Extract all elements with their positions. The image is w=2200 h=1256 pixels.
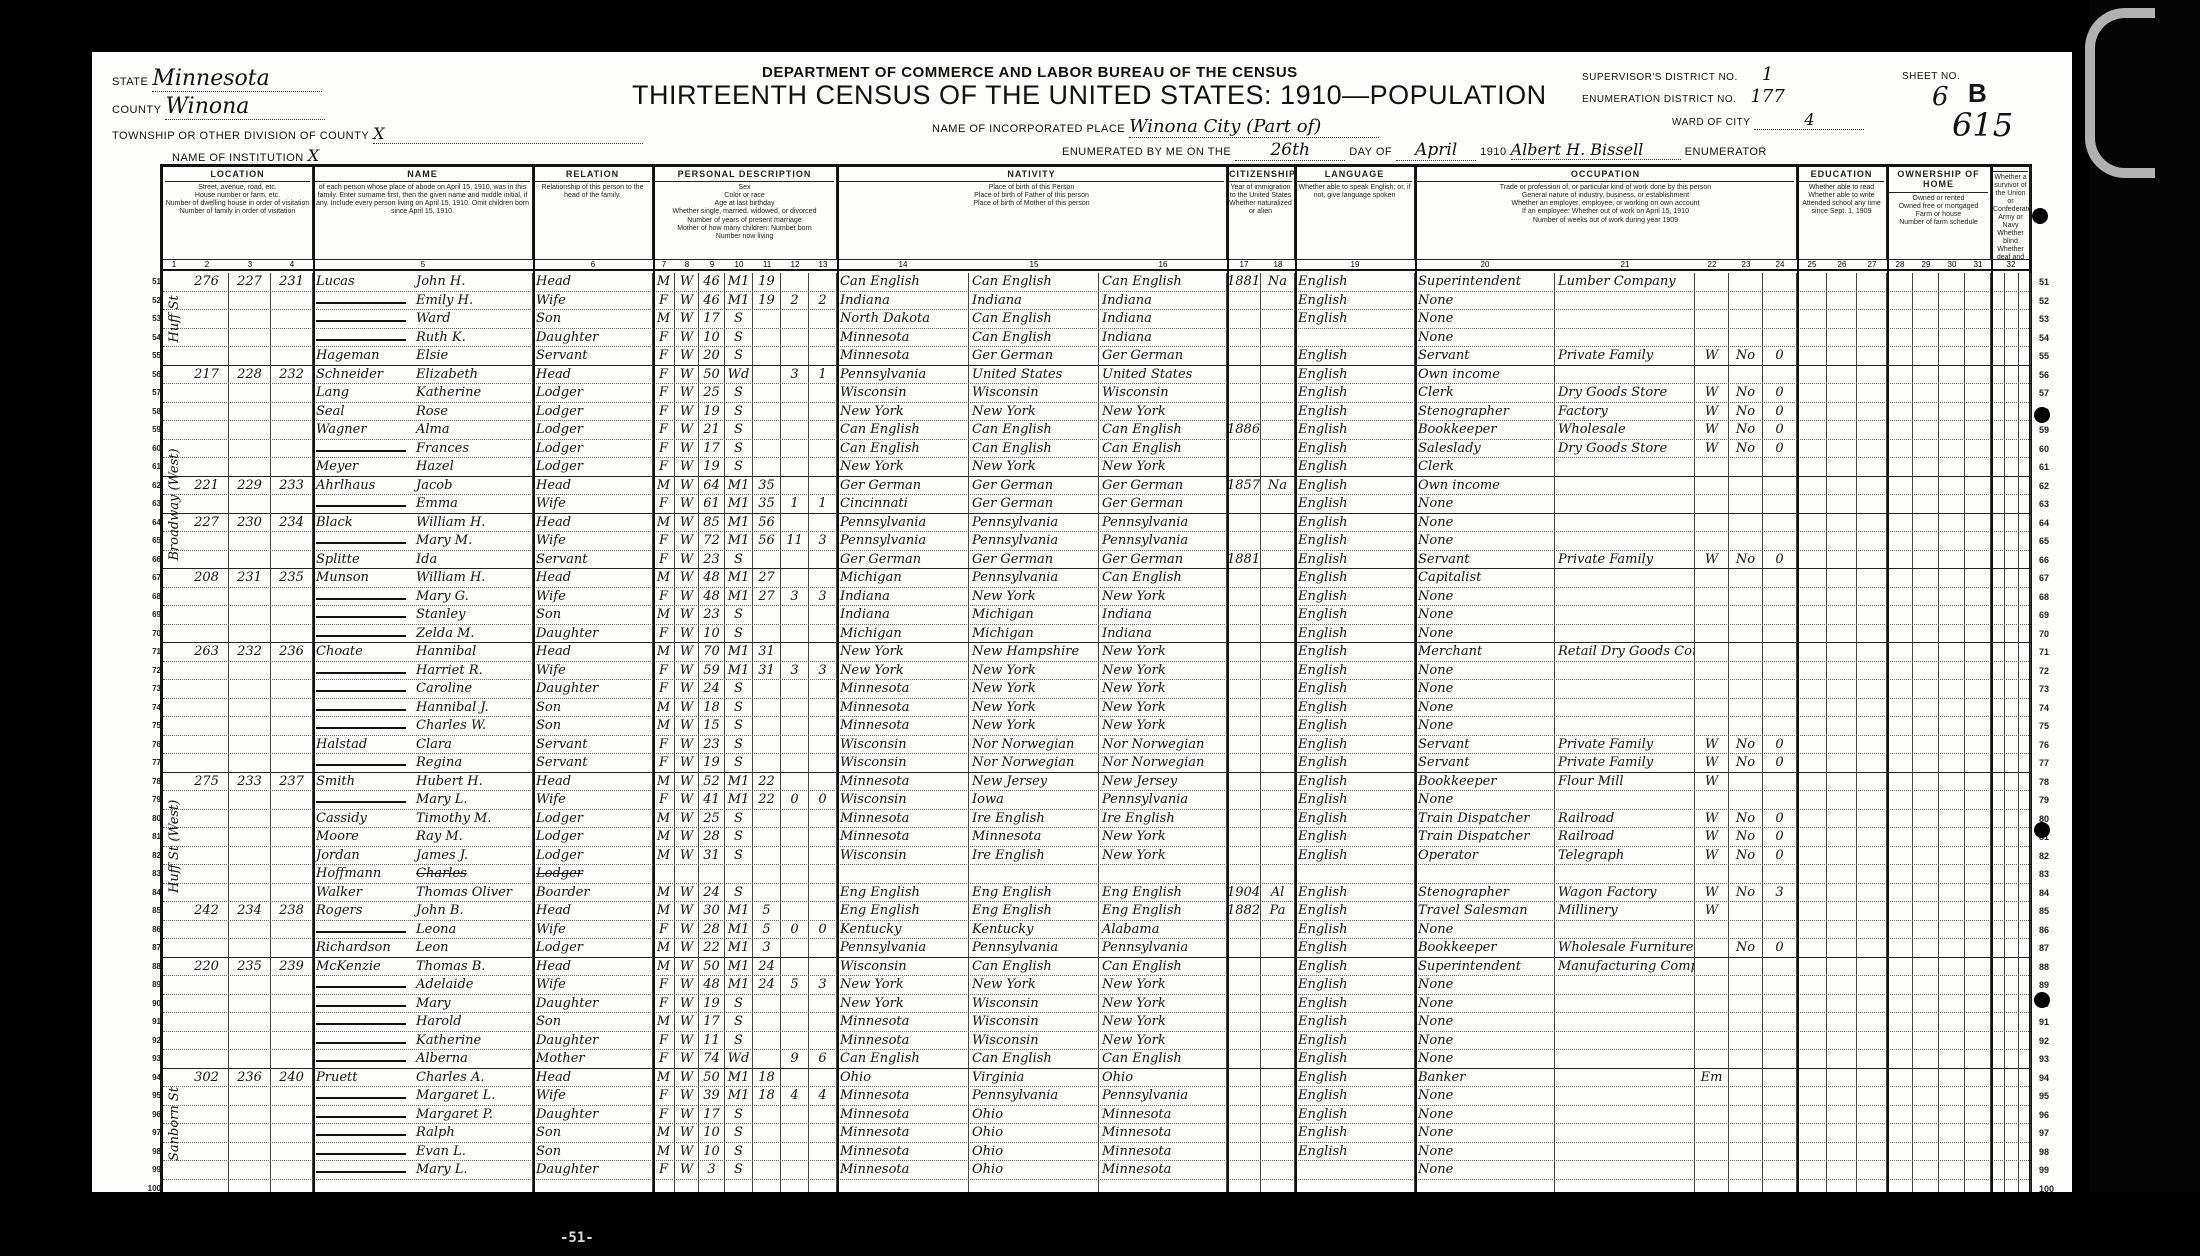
cell-schedule bbox=[1965, 366, 1991, 384]
cell-mother-birth: Indiana bbox=[1099, 310, 1227, 328]
cell-relation: Boarder bbox=[533, 884, 653, 902]
cell-schedule bbox=[1965, 884, 1991, 902]
given-name: Thomas Oliver bbox=[416, 885, 512, 900]
cell-birth: Pennsylvania bbox=[837, 366, 969, 384]
cell-farm bbox=[1939, 1143, 1965, 1161]
cell-mortgaged bbox=[1913, 1143, 1939, 1161]
cell-mother-birth: Indiana bbox=[1099, 625, 1227, 643]
table-row: 9393AlbernaMotherFW74Wd96Can EnglishCan … bbox=[163, 1050, 2029, 1069]
cell-house: 221 bbox=[185, 477, 229, 495]
cell-age bbox=[699, 865, 725, 883]
cell-read bbox=[1797, 1050, 1827, 1068]
table-row: 9090MaryDaughterFW19SNew YorkWisconsinNe… bbox=[163, 995, 2029, 1014]
cell-race: W bbox=[675, 976, 699, 994]
given-name: Hazel bbox=[416, 459, 454, 474]
surname bbox=[316, 1088, 406, 1099]
cell-immig bbox=[1227, 1013, 1261, 1031]
cell-mother-birth: Ger German bbox=[1099, 495, 1227, 513]
cell-sex: M bbox=[653, 958, 675, 976]
cell-dwelling bbox=[229, 421, 271, 439]
cell-trade: Servant bbox=[1415, 754, 1555, 772]
cell-write bbox=[1827, 754, 1857, 772]
cell-farm bbox=[1939, 1106, 1965, 1124]
column-group-title: RELATION bbox=[535, 169, 650, 182]
cell-out-of-work bbox=[1729, 1050, 1763, 1068]
cell-name: LangKatherine bbox=[313, 384, 533, 402]
cell-family bbox=[271, 403, 313, 421]
line-number-right: 59 bbox=[2039, 421, 2063, 439]
cell-natz bbox=[1261, 1050, 1295, 1068]
cell-years-married: 5 bbox=[753, 902, 781, 920]
cell-out-of-work: No bbox=[1729, 754, 1763, 772]
cell-blind bbox=[2005, 1143, 2019, 1161]
cell-immig bbox=[1227, 1069, 1261, 1087]
cell-trade: None bbox=[1415, 1050, 1555, 1068]
cell-relation: Head bbox=[533, 514, 653, 532]
cell-birth: Minnesota bbox=[837, 1087, 969, 1105]
cell-family bbox=[271, 551, 313, 569]
cell-farm bbox=[1939, 791, 1965, 809]
cell-relation: Daughter bbox=[533, 329, 653, 347]
cell-years-married: 22 bbox=[753, 791, 781, 809]
column-group-title: NATIVITY bbox=[839, 169, 1224, 182]
cell-immig bbox=[1227, 865, 1261, 883]
cell-born bbox=[781, 884, 809, 902]
cell-veteran bbox=[1991, 569, 2005, 587]
cell-father-birth: New York bbox=[969, 588, 1099, 606]
cell-class bbox=[1695, 495, 1729, 513]
cell-industry bbox=[1555, 995, 1695, 1013]
given-name: William H. bbox=[416, 515, 485, 530]
cell-blind bbox=[2005, 366, 2019, 384]
table-row: 6262221229233AhrlhausJacobHeadMW64M135Ge… bbox=[163, 477, 2029, 496]
table-row: 9191HaroldSonMW17SMinnesotaWisconsinNew … bbox=[163, 1013, 2029, 1032]
punch-hole bbox=[2032, 208, 2048, 224]
cell-school bbox=[1857, 754, 1887, 772]
cell-weeks: 0 bbox=[1763, 939, 1797, 957]
column-header: Relationship of this person to the head … bbox=[535, 184, 650, 200]
cell-mortgaged bbox=[1913, 588, 1939, 606]
column-group-language: LANGUAGEWhether able to speak English; o… bbox=[1295, 167, 1415, 259]
cell-house bbox=[185, 495, 229, 513]
cell-class bbox=[1695, 625, 1729, 643]
cell-write bbox=[1827, 847, 1857, 865]
cell-dwelling bbox=[229, 1087, 271, 1105]
line-number: 91 bbox=[139, 1013, 161, 1031]
cell-sex: M bbox=[653, 273, 675, 291]
cell-trade: Operator bbox=[1415, 847, 1555, 865]
cell-weeks: 0 bbox=[1763, 347, 1797, 365]
cell-read bbox=[1797, 569, 1827, 587]
cell-dwelling bbox=[229, 1106, 271, 1124]
surname bbox=[316, 1014, 406, 1025]
cell-blind bbox=[2005, 791, 2019, 809]
cell-father-birth: Can English bbox=[969, 440, 1099, 458]
given-name: Charles W. bbox=[416, 718, 486, 733]
cell-write bbox=[1827, 1069, 1857, 1087]
cell-trade: Banker bbox=[1415, 1069, 1555, 1087]
cell-sex: M bbox=[653, 847, 675, 865]
cell-schedule bbox=[1965, 717, 1991, 735]
cell-natz bbox=[1261, 1032, 1295, 1050]
cell-read bbox=[1797, 477, 1827, 495]
cell-mortgaged bbox=[1913, 1087, 1939, 1105]
cell-farm bbox=[1939, 273, 1965, 291]
cell-family: 239 bbox=[271, 958, 313, 976]
cell-write bbox=[1827, 884, 1857, 902]
cell-father-birth: Pennsylvania bbox=[969, 569, 1099, 587]
cell-blind bbox=[2005, 569, 2019, 587]
cell-blind bbox=[2005, 828, 2019, 846]
cell-mother-birth: Indiana bbox=[1099, 292, 1227, 310]
cell-years-married: 24 bbox=[753, 958, 781, 976]
surname: Seal bbox=[316, 403, 416, 421]
cell-blind bbox=[2005, 847, 2019, 865]
cell-write bbox=[1827, 643, 1857, 661]
line-number: 56 bbox=[139, 366, 161, 384]
cell-out-of-work bbox=[1729, 1124, 1763, 1142]
ward-field: WARD OF CITY 4 bbox=[1672, 110, 1864, 130]
surname bbox=[316, 1162, 406, 1173]
cell-race: W bbox=[675, 939, 699, 957]
cell-industry: Retail Dry Goods Company bbox=[1555, 643, 1695, 661]
cell-house bbox=[185, 625, 229, 643]
line-number-right: 92 bbox=[2039, 1032, 2063, 1050]
surname: Richardson bbox=[316, 939, 416, 957]
cell-house bbox=[185, 458, 229, 476]
cell-veteran bbox=[1991, 625, 2005, 643]
cell-mother-birth: Indiana bbox=[1099, 606, 1227, 624]
cell-years-married bbox=[753, 680, 781, 698]
column-group-location: LOCATIONStreet, avenue, road, etc.House … bbox=[163, 167, 313, 259]
cell-mother-birth: New York bbox=[1099, 588, 1227, 606]
cell-deaf bbox=[2019, 329, 2031, 347]
cell-born bbox=[781, 329, 809, 347]
cell-deaf bbox=[2019, 773, 2031, 791]
cell-living bbox=[809, 1161, 837, 1179]
line-number: 65 bbox=[139, 532, 161, 550]
cell-family bbox=[271, 1124, 313, 1142]
cell-family bbox=[271, 1032, 313, 1050]
cell-farm bbox=[1939, 1050, 1965, 1068]
cell-natz bbox=[1261, 921, 1295, 939]
line-number-right: 57 bbox=[2039, 384, 2063, 402]
cell-blind bbox=[2005, 1124, 2019, 1142]
cell-marital: S bbox=[725, 884, 753, 902]
cell-industry: Millinery bbox=[1555, 902, 1695, 920]
cell-out-of-work bbox=[1729, 588, 1763, 606]
cell-race: W bbox=[675, 662, 699, 680]
line-number-right: 74 bbox=[2039, 699, 2063, 717]
cell-industry bbox=[1555, 662, 1695, 680]
cell-family bbox=[271, 810, 313, 828]
cell-living bbox=[809, 1143, 837, 1161]
cell-veteran bbox=[1991, 310, 2005, 328]
cell-class bbox=[1695, 643, 1729, 661]
cell-read bbox=[1797, 773, 1827, 791]
cell-class bbox=[1695, 1032, 1729, 1050]
cell-years-married: 35 bbox=[753, 495, 781, 513]
cell-marital: M1 bbox=[725, 273, 753, 291]
line-number: 89 bbox=[139, 976, 161, 994]
cell-school bbox=[1857, 421, 1887, 439]
cell-name: Mary M. bbox=[313, 532, 533, 550]
cell-relation: Wife bbox=[533, 588, 653, 606]
cell-weeks bbox=[1763, 310, 1797, 328]
cell-out-of-work: No bbox=[1729, 810, 1763, 828]
cell-mother-birth: Can English bbox=[1099, 421, 1227, 439]
cell-dwelling bbox=[229, 458, 271, 476]
cell-mortgaged bbox=[1913, 791, 1939, 809]
cell-industry bbox=[1555, 1013, 1695, 1031]
table-row: 8484WalkerThomas OliverBoarderMW24SEng E… bbox=[163, 884, 2029, 903]
cell-farm bbox=[1939, 921, 1965, 939]
cell-age: 61 bbox=[699, 495, 725, 513]
cell-race: W bbox=[675, 347, 699, 365]
cell-farm bbox=[1939, 717, 1965, 735]
cell-name: BlackWilliam H. bbox=[313, 514, 533, 532]
cell-read bbox=[1797, 791, 1827, 809]
cell-schedule bbox=[1965, 588, 1991, 606]
cell-family bbox=[271, 458, 313, 476]
cell-family: 235 bbox=[271, 569, 313, 587]
cell-house bbox=[185, 606, 229, 624]
cell-dwelling bbox=[229, 347, 271, 365]
cell-trade: Clerk bbox=[1415, 458, 1555, 476]
cell-marital: S bbox=[725, 1124, 753, 1142]
cell-father-birth: Pennsylvania bbox=[969, 514, 1099, 532]
cell-living bbox=[809, 680, 837, 698]
cell-schedule bbox=[1965, 643, 1991, 661]
cell-mother-birth: New York bbox=[1099, 717, 1227, 735]
cell-living: 3 bbox=[809, 532, 837, 550]
cell-trade: None bbox=[1415, 625, 1555, 643]
cell-mother-birth: Pennsylvania bbox=[1099, 791, 1227, 809]
cell-industry bbox=[1555, 1106, 1695, 1124]
cell-birth: New York bbox=[837, 403, 969, 421]
cell-age: 31 bbox=[699, 847, 725, 865]
cell-mother-birth: Nor Norwegian bbox=[1099, 754, 1227, 772]
cell-farm bbox=[1939, 477, 1965, 495]
cell-english: English bbox=[1295, 699, 1415, 717]
column-divider bbox=[1887, 167, 1889, 1201]
cell-father-birth: Eng English bbox=[969, 902, 1099, 920]
surname: McKenzie bbox=[316, 958, 416, 976]
cell-blind bbox=[2005, 625, 2019, 643]
cell-write bbox=[1827, 995, 1857, 1013]
cell-trade: Superintendent bbox=[1415, 958, 1555, 976]
cell-age: 17 bbox=[699, 440, 725, 458]
cell-relation: Head bbox=[533, 958, 653, 976]
cell-mother-birth: New Jersey bbox=[1099, 773, 1227, 791]
cell-schedule bbox=[1965, 773, 1991, 791]
cell-father-birth: Ohio bbox=[969, 1106, 1099, 1124]
table-row: 5656217228232SchneiderElizabethHeadFW50W… bbox=[163, 366, 2029, 385]
cell-years-married bbox=[753, 606, 781, 624]
line-number: 66 bbox=[139, 551, 161, 569]
cell-industry bbox=[1555, 1087, 1695, 1105]
cell-owned bbox=[1887, 1087, 1913, 1105]
cell-blind bbox=[2005, 921, 2019, 939]
cell-trade: None bbox=[1415, 662, 1555, 680]
cell-marital: S bbox=[725, 440, 753, 458]
cell-sex: F bbox=[653, 551, 675, 569]
cell-house bbox=[185, 384, 229, 402]
cell-deaf bbox=[2019, 625, 2031, 643]
cell-school bbox=[1857, 588, 1887, 606]
cell-write bbox=[1827, 680, 1857, 698]
cell-mortgaged bbox=[1913, 1032, 1939, 1050]
cell-school bbox=[1857, 366, 1887, 384]
cell-english: English bbox=[1295, 366, 1415, 384]
cell-living bbox=[809, 736, 837, 754]
line-number-right: 67 bbox=[2039, 569, 2063, 587]
cell-father-birth: Eng English bbox=[969, 884, 1099, 902]
cell-mortgaged bbox=[1913, 606, 1939, 624]
cell-father-birth: Indiana bbox=[969, 292, 1099, 310]
cell-name: Margaret P. bbox=[313, 1106, 533, 1124]
cell-natz bbox=[1261, 1143, 1295, 1161]
cell-read bbox=[1797, 1013, 1827, 1031]
cell-race: W bbox=[675, 366, 699, 384]
cell-owned bbox=[1887, 1032, 1913, 1050]
column-header: Number of weeks out of work during year … bbox=[1417, 217, 1794, 225]
street-name: Huff St (West) bbox=[167, 643, 187, 1050]
cell-farm bbox=[1939, 976, 1965, 994]
cell-write bbox=[1827, 495, 1857, 513]
cell-name: Mary L. bbox=[313, 791, 533, 809]
cell-blind bbox=[2005, 1013, 2019, 1031]
cell-schedule bbox=[1965, 736, 1991, 754]
cell-father-birth: Kentucky bbox=[969, 921, 1099, 939]
cell-schedule bbox=[1965, 1161, 1991, 1179]
column-header: Farm or house bbox=[1889, 211, 1988, 219]
cell-father-birth: New York bbox=[969, 403, 1099, 421]
cell-mortgaged bbox=[1913, 569, 1939, 587]
cell-relation: Wife bbox=[533, 921, 653, 939]
cell-relation: Head bbox=[533, 366, 653, 384]
cell-deaf bbox=[2019, 680, 2031, 698]
column-group-title: OCCUPATION bbox=[1417, 169, 1794, 182]
state-field: STATE Minnesota bbox=[112, 66, 322, 92]
cell-read bbox=[1797, 1124, 1827, 1142]
cell-living bbox=[809, 754, 837, 772]
cell-living bbox=[809, 865, 837, 883]
cell-born bbox=[781, 680, 809, 698]
cell-born bbox=[781, 717, 809, 735]
cell-english: English bbox=[1295, 384, 1415, 402]
cell-farm bbox=[1939, 847, 1965, 865]
table-row: 5555HagemanElsieServantFW20SMinnesotaGer… bbox=[163, 347, 2029, 366]
cell-class bbox=[1695, 1143, 1729, 1161]
cell-deaf bbox=[2019, 273, 2031, 291]
cell-race: W bbox=[675, 292, 699, 310]
cell-house bbox=[185, 736, 229, 754]
cell-marital: M1 bbox=[725, 939, 753, 957]
cell-write bbox=[1827, 865, 1857, 883]
cell-family bbox=[271, 347, 313, 365]
cell-school bbox=[1857, 699, 1887, 717]
cell-name: Frances bbox=[313, 440, 533, 458]
cell-house bbox=[185, 847, 229, 865]
cell-father-birth: Wisconsin bbox=[969, 1032, 1099, 1050]
cell-dwelling bbox=[229, 440, 271, 458]
cell-out-of-work bbox=[1729, 606, 1763, 624]
sheet-number: 6 bbox=[1932, 82, 1949, 112]
cell-trade: None bbox=[1415, 588, 1555, 606]
cell-blind bbox=[2005, 699, 2019, 717]
cell-school bbox=[1857, 1069, 1887, 1087]
census-rows: 5151276227231LucasJohn H.HeadMW46M119Can… bbox=[163, 273, 2029, 1198]
column-group-title bbox=[1993, 169, 2028, 172]
cell-school bbox=[1857, 273, 1887, 291]
cell-years-married bbox=[753, 403, 781, 421]
cell-deaf bbox=[2019, 569, 2031, 587]
cell-deaf bbox=[2019, 477, 2031, 495]
line-number: 69 bbox=[139, 606, 161, 624]
cell-read bbox=[1797, 273, 1827, 291]
cell-farm bbox=[1939, 1124, 1965, 1142]
cell-english: English bbox=[1295, 754, 1415, 772]
surname bbox=[316, 996, 406, 1007]
line-number: 55 bbox=[139, 347, 161, 365]
cell-weeks bbox=[1763, 643, 1797, 661]
cell-school bbox=[1857, 865, 1887, 883]
cell-marital: S bbox=[725, 1161, 753, 1179]
cell-name: Mary L. bbox=[313, 1161, 533, 1179]
cell-years-married bbox=[753, 458, 781, 476]
cell-out-of-work bbox=[1729, 292, 1763, 310]
cell-mortgaged bbox=[1913, 884, 1939, 902]
cell-sex: F bbox=[653, 1032, 675, 1050]
cell-english: English bbox=[1295, 403, 1415, 421]
cell-deaf bbox=[2019, 347, 2031, 365]
cell-immig bbox=[1227, 736, 1261, 754]
cell-weeks bbox=[1763, 902, 1797, 920]
cell-blind bbox=[2005, 643, 2019, 661]
cell-relation: Head bbox=[533, 773, 653, 791]
cell-sex: F bbox=[653, 292, 675, 310]
column-number: 29 bbox=[1913, 259, 1939, 271]
column-header: Place of birth of Father of this person bbox=[839, 192, 1224, 200]
cell-immig: 1886 bbox=[1227, 421, 1261, 439]
cell-family bbox=[271, 532, 313, 550]
cell-dwelling: 236 bbox=[229, 1069, 271, 1087]
cell-owned bbox=[1887, 625, 1913, 643]
cell-age: 46 bbox=[699, 292, 725, 310]
cell-race: W bbox=[675, 1124, 699, 1142]
cell-mother-birth: Minnesota bbox=[1099, 1106, 1227, 1124]
cell-veteran bbox=[1991, 440, 2005, 458]
cell-born bbox=[781, 810, 809, 828]
cell-farm bbox=[1939, 884, 1965, 902]
given-name: Charles A. bbox=[416, 1070, 484, 1085]
cell-read bbox=[1797, 939, 1827, 957]
column-header: Number of dwelling house in order of vis… bbox=[165, 200, 310, 208]
cell-farm bbox=[1939, 1013, 1965, 1031]
column-header: Whether able to read bbox=[1799, 184, 1884, 192]
cell-mortgaged bbox=[1913, 976, 1939, 994]
cell-father-birth: New Jersey bbox=[969, 773, 1099, 791]
cell-sex: F bbox=[653, 347, 675, 365]
cell-house bbox=[185, 440, 229, 458]
cell-race: W bbox=[675, 1143, 699, 1161]
cell-school bbox=[1857, 292, 1887, 310]
cell-dwelling bbox=[229, 976, 271, 994]
cell-write bbox=[1827, 514, 1857, 532]
column-header: Color or race bbox=[655, 192, 834, 200]
cell-name: Emily H. bbox=[313, 292, 533, 310]
